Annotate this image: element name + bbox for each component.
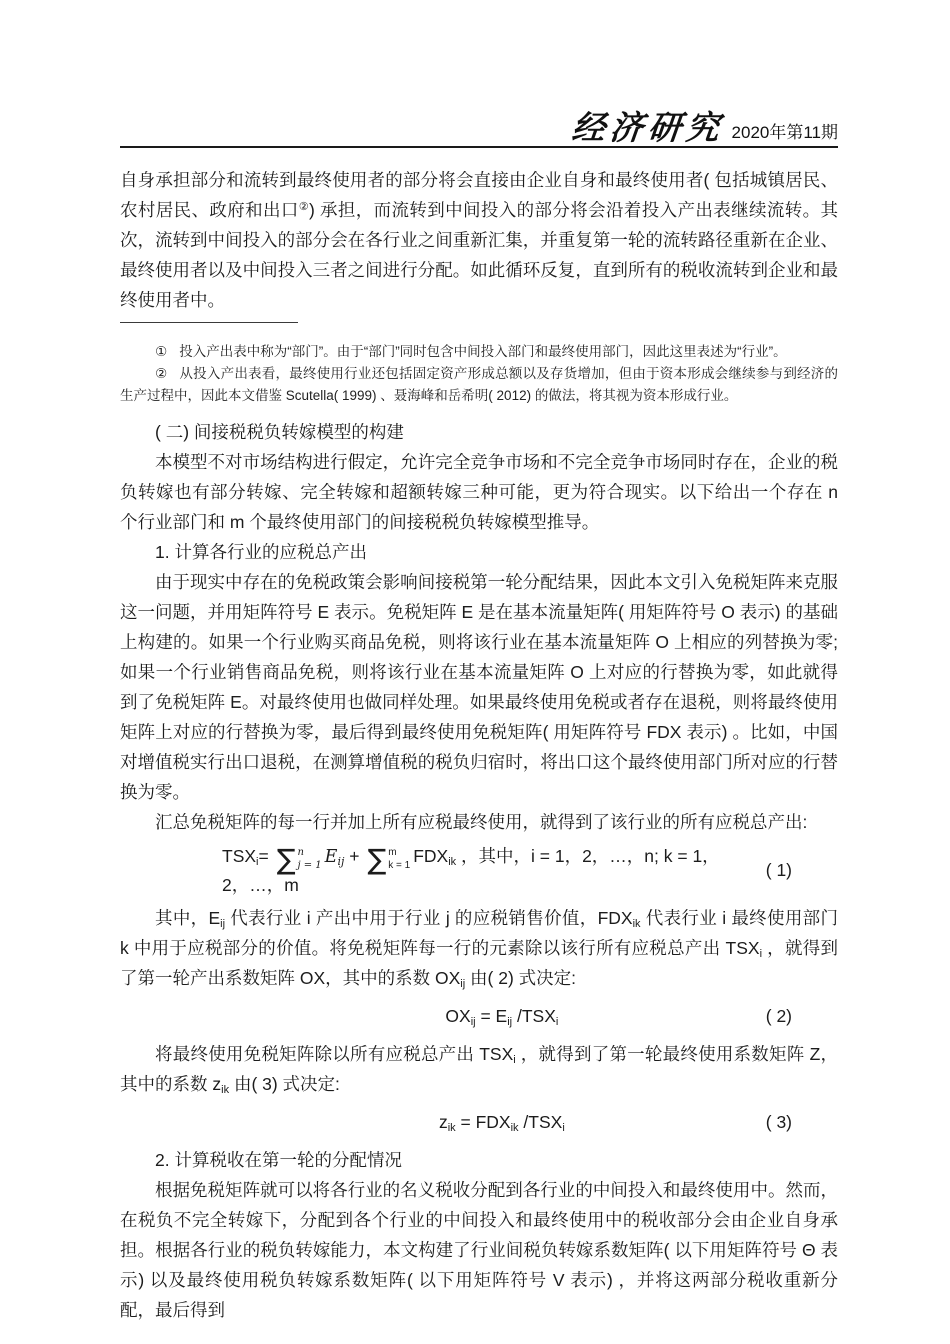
footnote-number: ① — [155, 344, 167, 359]
formula-2-expression: OXij = Eij /TSXi — [120, 1006, 766, 1027]
section-heading-2: ( 二) 间接税税负转嫁模型的构建 — [120, 417, 838, 447]
footnote-number: ② — [155, 366, 167, 381]
page-header: 经济研究 2020年第11期 — [120, 102, 838, 148]
footnote-item-2: ②从投入产出表看，最终使用行业还包括固定资产形成总额以及存货增加，但由于资本形成… — [120, 363, 838, 407]
body-paragraph-1: 自身承担部分和流转到最终使用者的部分将会直接由企业自身和最终使用者( 包括城镇居… — [120, 165, 838, 315]
formula-2-number: ( 2) — [766, 1006, 792, 1027]
body-paragraph-3: 由于现实中存在的免税政策会影响间接税第一轮分配结果，因此本文引入免税矩阵来克服这… — [120, 567, 838, 807]
subsection-heading-2: 2. 计算税收在第一轮的分配情况 — [120, 1145, 838, 1175]
paper-page: 经济研究 2020年第11期 自身承担部分和流转到最终使用者的部分将会直接由企业… — [0, 0, 950, 1344]
footnote-text: 投入产出表中称为“部门”。由于“部门”同时包含中间投入部门和最终使用部门，因此这… — [179, 344, 786, 359]
footnote-text: 从投入产出表看，最终使用行业还包括固定资产形成总额以及存货增加，但由于资本形成会… — [120, 366, 838, 403]
formula-3-number: ( 3) — [766, 1112, 792, 1133]
formula-1-number: ( 1) — [766, 860, 792, 881]
body-paragraph-5: 其中，Eij 代表行业 i 产出中用于行业 j 的应税销售价值，FDXik 代表… — [120, 903, 838, 993]
footnote-item-1: ①投入产出表中称为“部门”。由于“部门”同时包含中间投入部门和最终使用部门，因此… — [120, 341, 838, 363]
subsection-heading-1: 1. 计算各行业的应税总产出 — [120, 537, 838, 567]
issue-label: 2020年第11期 — [732, 124, 838, 146]
summation-symbol: ∑nj = 1 — [277, 847, 322, 872]
formula-2: OXij = Eij /TSXi ( 2) — [120, 999, 838, 1033]
body-paragraph-4: 汇总免税矩阵的每一行并加上所有应税最终使用，就得到了该行业的所有应税总产出: — [120, 807, 838, 837]
summation-symbol: ∑mk = 1 — [367, 847, 410, 872]
body-paragraph-6: 将最终使用免税矩阵除以所有应税总产出 TSXi ，就得到了第一轮最终使用系数矩阵… — [120, 1039, 838, 1099]
footnotes-block: ①投入产出表中称为“部门”。由于“部门”同时包含中间投入部门和最终使用部门，因此… — [120, 341, 838, 407]
journal-logo: 经济研究 — [570, 111, 726, 146]
formula-3: zik = FDXik /TSXi ( 3) — [120, 1105, 838, 1139]
formula-1-expression: TSXi= ∑nj = 1Eij + ∑mk = 1FDXik ，其中，i = … — [120, 843, 766, 897]
body-paragraph-2: 本模型不对市场结构进行假定，允许完全竞争市场和不完全竞争市场同时存在，企业的税负… — [120, 447, 838, 537]
body-paragraph-7: 根据免税矩阵就可以将各行业的名义税收分配到各行业的中间投入和最终使用中。然而，在… — [120, 1175, 838, 1325]
formula-3-expression: zik = FDXik /TSXi — [120, 1112, 766, 1133]
page-content: 自身承担部分和流转到最终使用者的部分将会直接由企业自身和最终使用者( 包括城镇居… — [120, 146, 838, 1325]
footnote-separator — [120, 322, 298, 323]
formula-1: TSXi= ∑nj = 1Eij + ∑mk = 1FDXik ，其中，i = … — [120, 843, 838, 897]
